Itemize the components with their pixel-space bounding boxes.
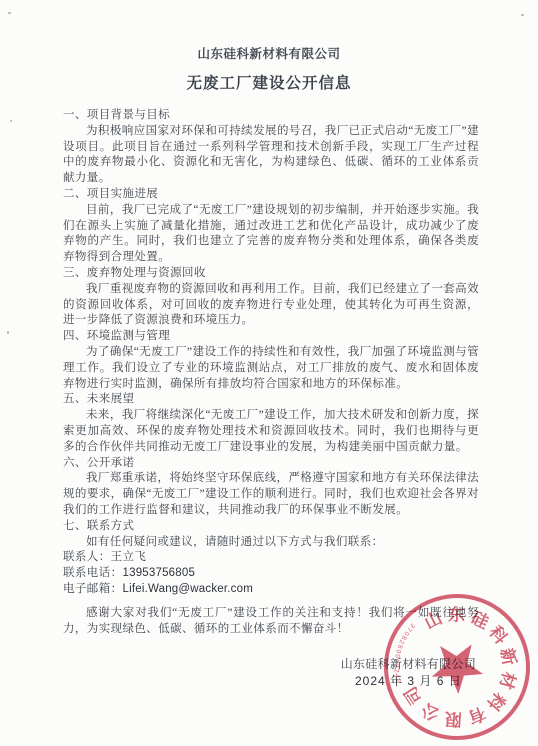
seal-number-char: 2	[393, 669, 400, 673]
section-heading: 二、项目实施进展	[63, 187, 479, 203]
section-heading: 六、公开承诺	[63, 456, 479, 472]
section-heading: 三、废弃物处理与资源回收	[63, 266, 479, 282]
seal-text-char: 科	[485, 622, 512, 648]
contact-phone-line: 联系电话：13953756805	[63, 566, 479, 582]
contact-email-value: Lifei.Wang@wacker.com	[123, 583, 254, 595]
paragraph: 未来，我厂将继续深化“无废工厂”建设工作，加大技术研发和创新力度，探索更加高效、…	[63, 408, 479, 455]
document-page: 山东硅科新材料有限公司 无废工厂建设公开信息 一、项目背景与目标为积极响应国家对…	[0, 0, 538, 746]
paragraph: 如有任何疑问或建议，请随时通过以下方式与我们联系：	[63, 535, 479, 551]
document-header: 山东硅科新材料有限公司 无废工厂建设公开信息	[0, 44, 538, 93]
seal-text-char: 司	[401, 683, 426, 708]
contact-person-value: 王立飞	[111, 551, 147, 563]
section-heading: 四、环境监测与管理	[63, 329, 479, 345]
scan-speck	[10, 120, 12, 122]
seal-number-char: 2	[394, 678, 402, 683]
section-heading: 五、未来展望	[63, 392, 479, 408]
paragraph: 我厂重视废弃物的资源回收和再利用工作。目前，我们已经建立了一套高效的资源回收体系…	[63, 282, 479, 329]
contact-phone-value: 13953756805	[123, 567, 196, 579]
scan-speck	[7, 331, 9, 334]
section-heading: 一、项目背景与目标	[63, 108, 479, 124]
seal-text-char: 限	[444, 709, 462, 729]
paragraph: 为积极响应国家对环保和可持续发展的号召，我厂已正式启动“无废工厂”建设项目。此项…	[63, 124, 479, 187]
seal-star-icon	[429, 637, 489, 699]
seal-text-char: 料	[483, 689, 509, 715]
scan-speck	[8, 12, 11, 14]
contact-person-line: 联系人：王立飞	[63, 550, 479, 566]
seal-text-char: 材	[496, 670, 520, 692]
seal-text-char: 山	[422, 608, 446, 633]
sections: 一、项目背景与目标为积极响应国家对环保和可持续发展的号召，我厂已正式启动“无废工…	[63, 108, 479, 550]
seal-number-char: 1	[393, 659, 400, 664]
paragraph: 目前，我厂已完成了“无废工厂”建设规划的初步编制，并开始逐步实施。我们在源头上实…	[63, 203, 479, 266]
company-seal: 山东硅科新材料有限公司3708280017242	[372, 582, 538, 746]
seal-text-char: 东	[448, 604, 465, 624]
page-title: 无废工厂建设公开信息	[0, 71, 538, 93]
contact-email-label: 电子邮箱：	[63, 583, 123, 595]
paragraph: 我厂郑重承诺，将始终坚守环保底线，严格遵守国家和地方有关环保法律法规的要求，确保…	[63, 471, 479, 518]
seal-text-char: 有	[465, 703, 488, 728]
contact-phone-label: 联系电话：	[63, 567, 123, 579]
header-company-name: 山东硅科新材料有限公司	[0, 44, 538, 62]
scan-speck	[521, 14, 524, 16]
section-heading: 七、联系方式	[63, 519, 479, 535]
seal-text-char: 公	[418, 699, 442, 724]
contact-person-label: 联系人：	[63, 551, 111, 563]
seal-number-char: 7	[392, 664, 399, 668]
seal-text-char: 新	[497, 646, 520, 667]
paragraph: 为了确保“无废工厂”建设工作的持续性和有效性，我厂加强了环境监测与管理工作。我们…	[63, 345, 479, 392]
seal-text-char: 硅	[468, 608, 492, 633]
